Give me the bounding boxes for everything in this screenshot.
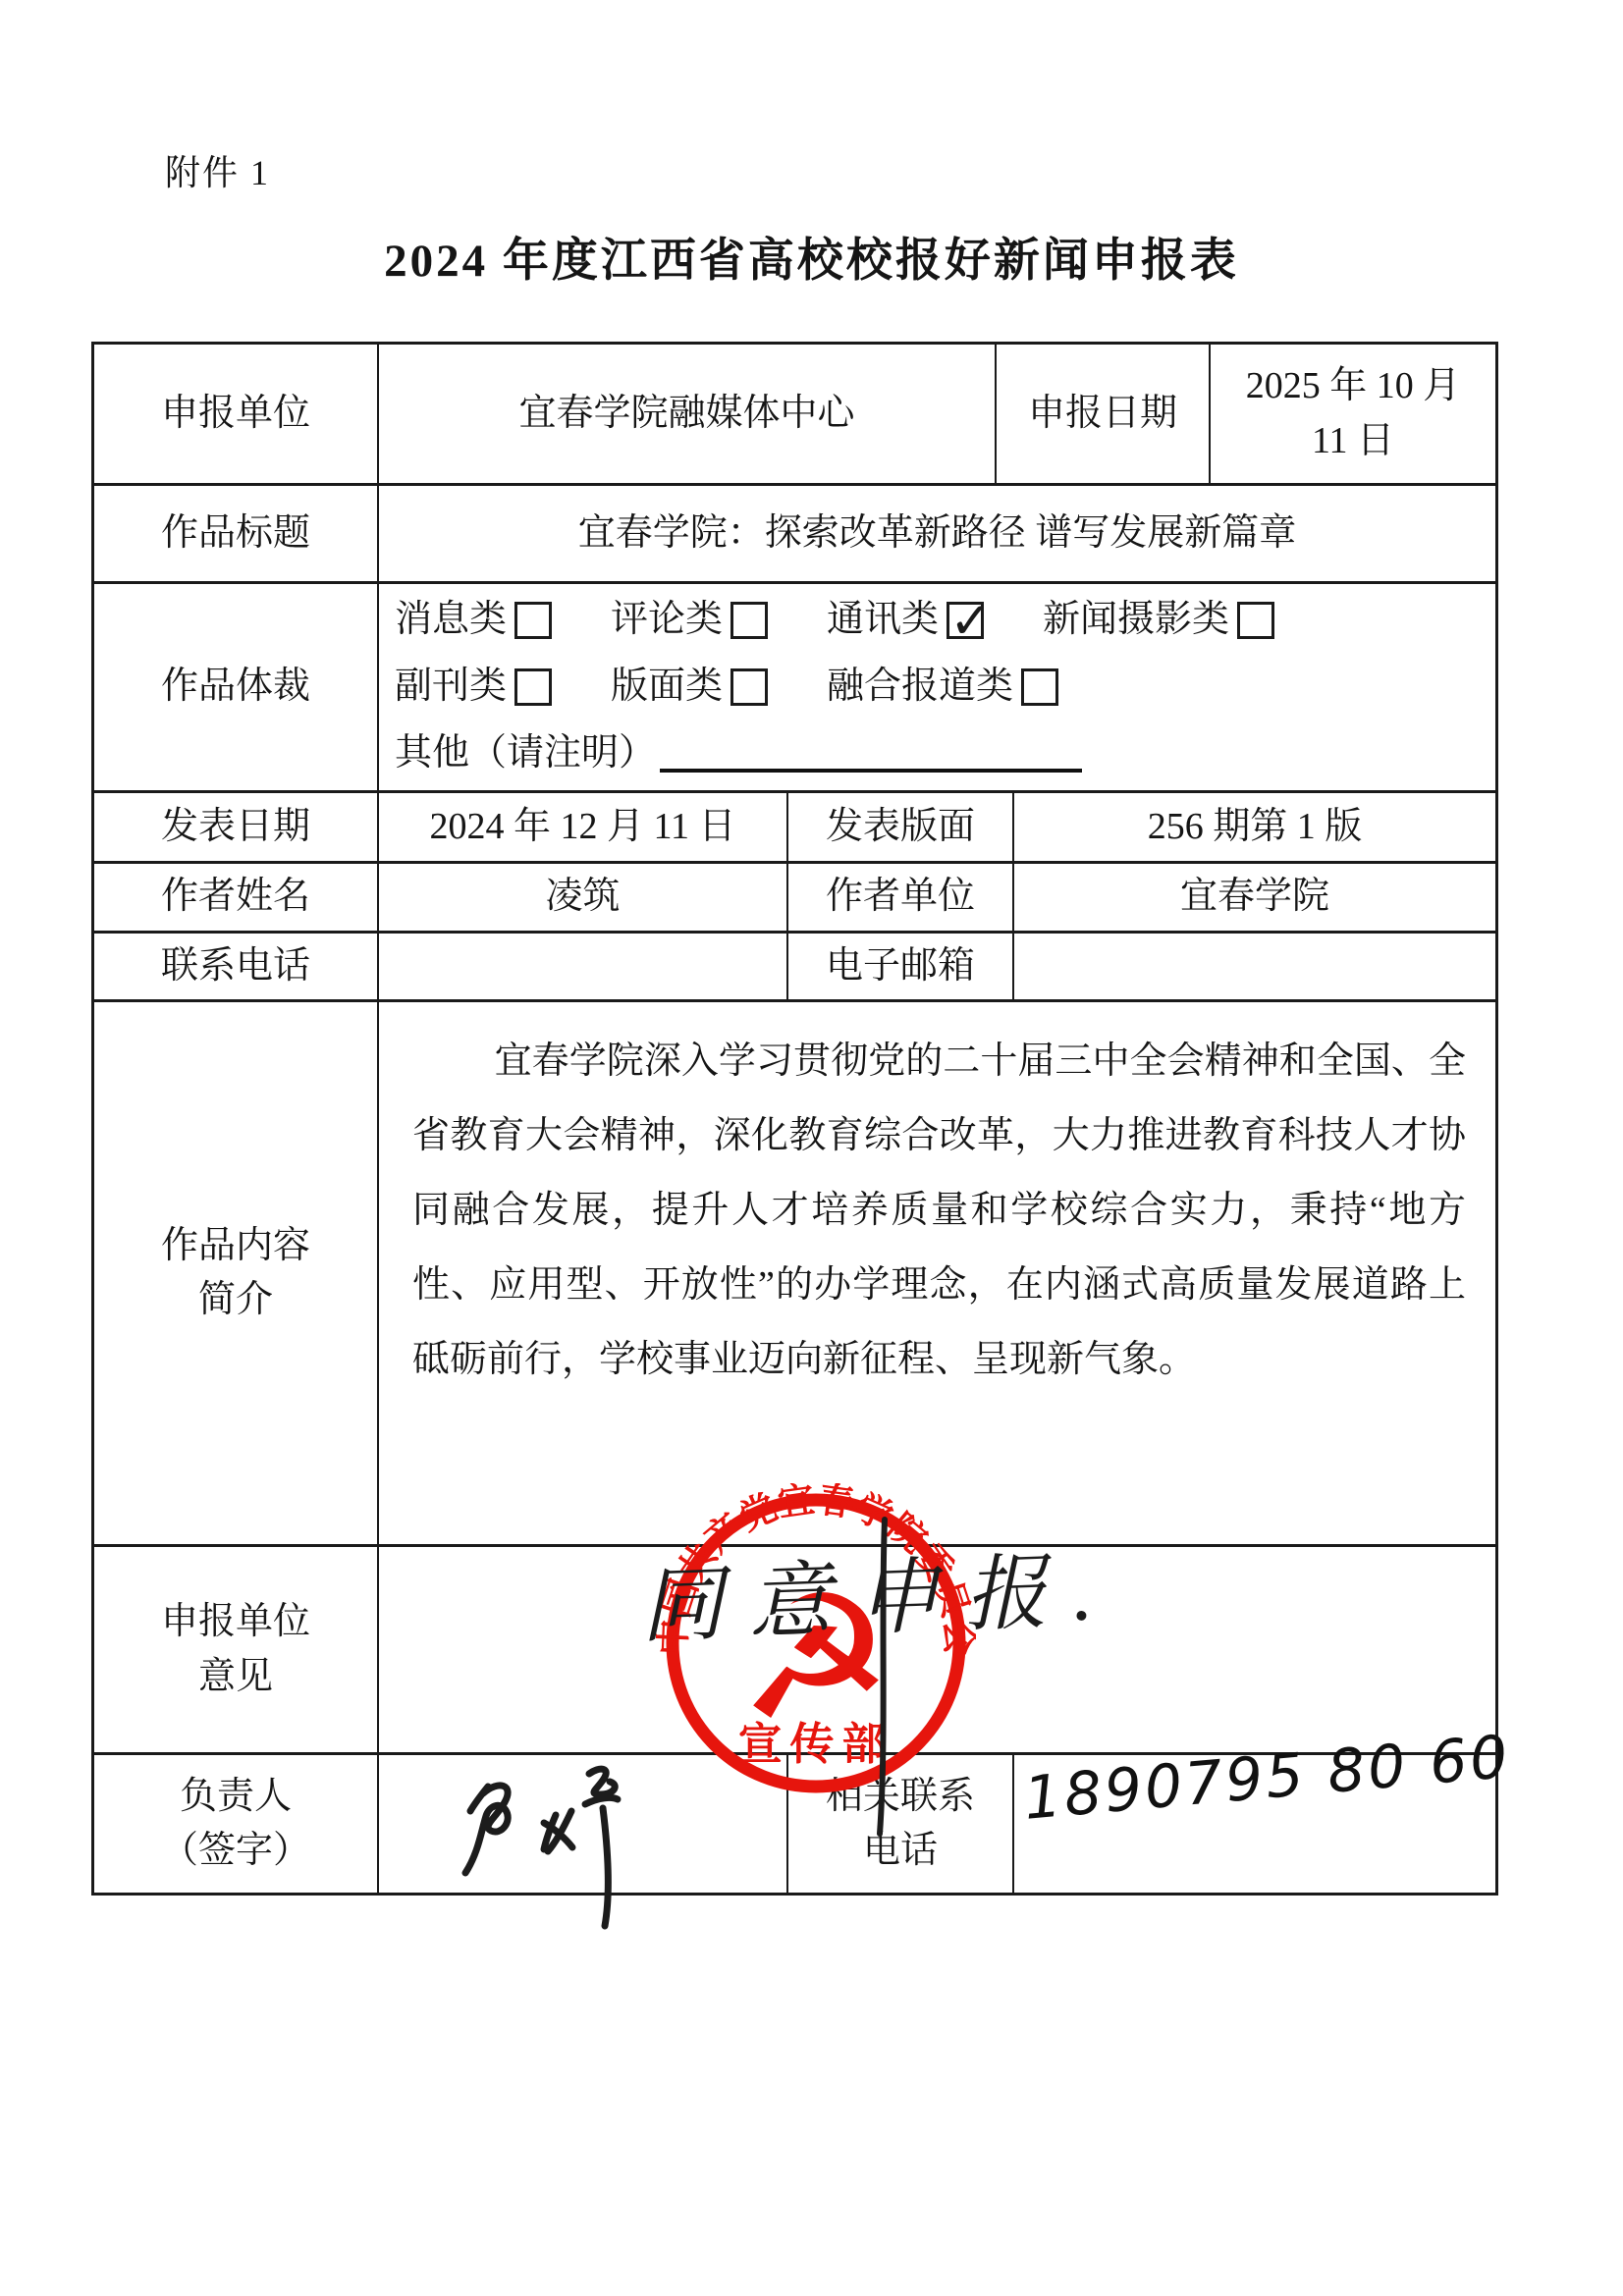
approval-handwriting: 同意申报. [638,1526,1055,1660]
genre-line-3: 其他（请注明） [395,721,1082,787]
publish-page-value: 256 期第 1 版 [1014,793,1495,861]
genre-option: 评论类 [611,593,768,647]
work-summary-cell: 宜春学院深入学习贯彻党的二十届三中全会精神和全国、全省教育大会精神，深化教育综合… [379,1002,1495,1544]
author-name-value: 凌筑 [379,864,788,931]
row-work-title: 作品标题 宜春学院：探索改革新路径 谱写发展新篇章 [94,486,1495,584]
email-label: 电子邮箱 [788,934,1014,999]
contact-phone-value [379,934,788,999]
work-summary-text: 宜春学院深入学习贯彻党的二十届三中全会精神和全国、全省教育大会精神，深化教育综合… [412,1024,1466,1397]
work-title-label: 作品标题 [94,486,379,581]
genre-option: 版面类 [611,660,768,714]
work-summary-label: 作品内容 简介 [94,1002,379,1544]
author-name-label: 作者姓名 [94,864,379,931]
checkbox-unchecked-icon [1021,668,1058,706]
row-work-summary: 作品内容 简介 宜春学院深入学习贯彻党的二十届三中全会精神和全国、全省教育大会精… [94,1002,1495,1547]
checkbox-unchecked-icon [730,668,768,706]
publish-date-value: 2024 年 12 月 11 日 [379,793,788,861]
genre-option: 副刊类 [395,660,552,714]
application-date-line1: 2025 年 10 月 [1246,359,1461,413]
checkbox-unchecked-icon [730,602,768,639]
genre-line-1: 消息类 评论类 通讯类 新闻摄影类 [395,587,1274,654]
scanned-application-form: 附件 1 2024 年度江西省高校校报好新闻申报表 申报单位 宜春学院融媒体中心… [0,0,1623,2296]
publish-date-label: 发表日期 [94,793,379,861]
application-date-line2: 11 日 [1312,414,1394,468]
application-date-value: 2025 年 10 月 11 日 [1211,345,1495,483]
genre-line-2: 副刊类 版面类 融合报道类 [395,654,1058,721]
checkbox-unchecked-icon [1237,602,1274,639]
responsible-label: 负责人 （签字） [94,1755,379,1893]
seal-bottom-text: 宣传部 [737,1720,893,1769]
contact-phone-label: 联系电话 [94,934,379,999]
work-genre-options: 消息类 评论类 通讯类 新闻摄影类 副刊类 版面类 融合报道类 其他（请注明） [379,584,1495,790]
application-date-label: 申报日期 [997,345,1211,483]
checkbox-unchecked-icon [514,602,552,639]
genre-option: 融合报道类 [827,660,1058,714]
genre-option: 通讯类 [827,593,984,647]
author-unit-value: 宜春学院 [1014,864,1495,931]
applicant-unit-value: 宜春学院融媒体中心 [379,345,997,483]
applicant-unit-label: 申报单位 [94,345,379,483]
unit-opinion-label: 申报单位 意见 [94,1547,379,1752]
author-unit-label: 作者单位 [788,864,1014,931]
checkbox-unchecked-icon [514,668,552,706]
genre-other-option: 其他（请注明） [395,726,1082,780]
page-title: 2024 年度江西省高校校报好新闻申报表 [0,224,1623,290]
publish-page-label: 发表版面 [788,793,1014,861]
attachment-label: 附件 1 [165,145,270,195]
row-author: 作者姓名 凌筑 作者单位 宜春学院 [94,864,1495,934]
other-blank-line [660,735,1082,773]
row-applicant-unit: 申报单位 宜春学院融媒体中心 申报日期 2025 年 10 月 11 日 [94,345,1495,486]
row-publish-date: 发表日期 2024 年 12 月 11 日 发表版面 256 期第 1 版 [94,793,1495,864]
checkbox-checked-icon [947,602,984,639]
row-work-genre: 作品体裁 消息类 评论类 通讯类 新闻摄影类 副刊类 版面类 融合报道类 其他（… [94,584,1495,793]
row-contact: 联系电话 电子邮箱 [94,934,1495,1002]
genre-option: 新闻摄影类 [1043,593,1274,647]
work-title-value: 宜春学院：探索改革新路径 谱写发展新篇章 [379,486,1495,581]
genre-option: 消息类 [395,593,552,647]
work-genre-label: 作品体裁 [94,584,379,790]
email-value [1014,934,1495,999]
